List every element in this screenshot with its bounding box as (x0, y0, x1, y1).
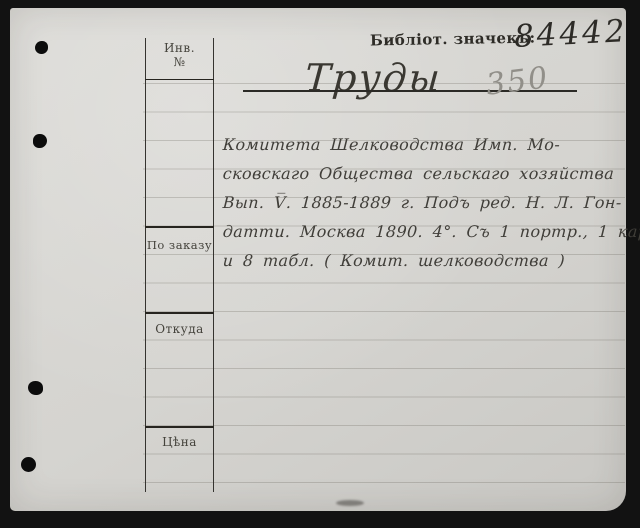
price-label: Цѣна (145, 435, 214, 449)
punch-hole (28, 381, 43, 395)
description-line: и 8 табл. ( Комит. шелководства ) (222, 246, 628, 275)
column-divider-price (145, 426, 214, 428)
library-stamp-label: Библіот. значекъ: (370, 29, 536, 50)
scan-background: Инв. № По заказу Откуда Цѣна Библіот. зн… (0, 0, 640, 528)
inventory-label-line1: Инв. (145, 41, 214, 55)
description-line: Комитета Шелководства Имп. Мо- (222, 130, 628, 159)
description-line: датти. Москва 1890. 4°. Съ 1 портр., 1 к… (222, 217, 628, 246)
punch-hole (35, 41, 48, 54)
column-divider-order (145, 226, 214, 228)
description-line: Вып. V̅. 1885-1889 г. Подъ ред. Н. Л. Го… (222, 188, 628, 217)
column-left-border (145, 38, 146, 492)
inventory-number-label: Инв. № (145, 41, 214, 69)
column-right-border (213, 38, 214, 492)
scan-smudge (336, 500, 364, 506)
punch-hole (21, 457, 36, 472)
card-title: Труды (303, 56, 443, 100)
description-line: сковскаго Общества сельскаго хозяйства (222, 159, 628, 188)
column-divider-origin (145, 312, 214, 314)
column-divider-inv (145, 79, 214, 80)
handwritten-description: Комитета Шелководства Имп. Мо- сковскаго… (222, 130, 626, 275)
catalog-card: Инв. № По заказу Откуда Цѣна Библіот. зн… (10, 8, 626, 511)
library-stamp-number: 84442 (513, 13, 628, 55)
order-label: По заказу (145, 238, 214, 252)
punch-hole (33, 134, 47, 148)
inventory-label-line2: № (145, 55, 214, 69)
origin-label: Откуда (145, 322, 214, 336)
